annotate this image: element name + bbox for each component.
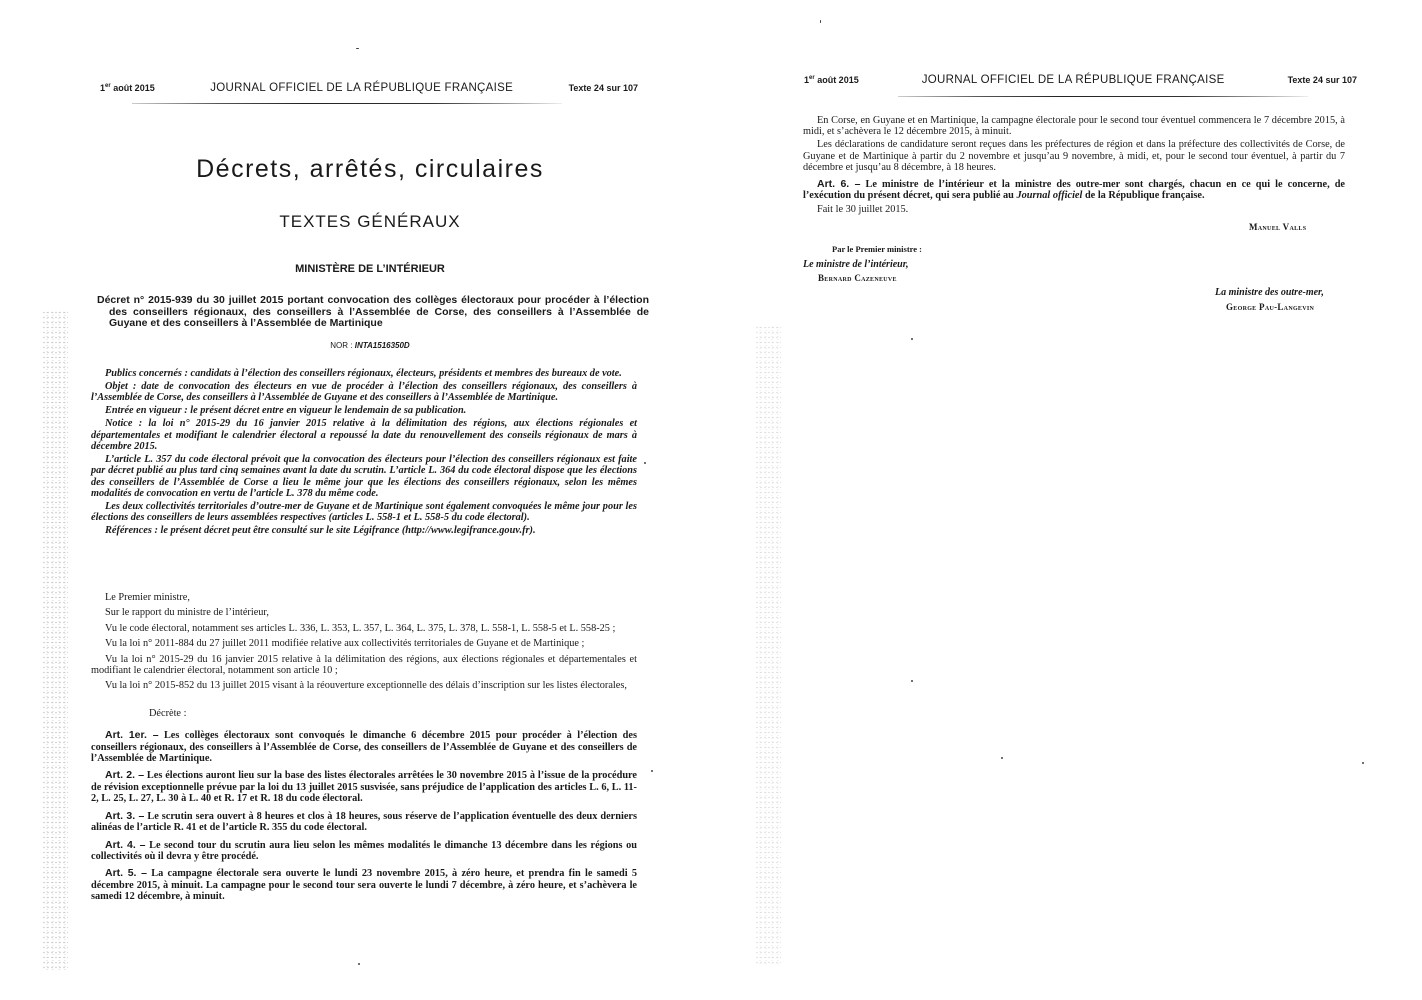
paragraph-candidatures: Les déclarations de candidature seront r…	[803, 139, 1345, 173]
summary-notice-outremer: Les deux collectivités territoriales d’o…	[91, 501, 637, 524]
decree-title: Décret n° 2015-939 du 30 juillet 2015 po…	[97, 295, 649, 330]
header-rule	[132, 103, 562, 104]
preamble-line: Vu le code électoral, notamment ses arti…	[91, 623, 637, 634]
article-5: Art. 5. – La campagne électorale sera ou…	[91, 868, 637, 902]
scan-speck	[820, 20, 821, 23]
overseas-minister-title: La ministre des outre-mer,	[1215, 287, 1324, 298]
text-count: Texte 24 sur 107	[1288, 75, 1357, 85]
scan-speck	[911, 680, 913, 682]
article-4: Art. 4. – Le second tour du scrutin aura…	[91, 840, 637, 863]
preamble-line: Vu la loi n° 2011-884 du 27 juillet 2011…	[91, 638, 637, 649]
running-head: 1er août 2015 JOURNAL OFFICIEL DE LA RÉP…	[804, 74, 1357, 86]
preamble-line: Vu la loi n° 2015-852 du 13 juillet 2015…	[91, 680, 637, 691]
summary-entree-vigueur: Entrée en vigueur : le présent décret en…	[91, 405, 637, 416]
scan-speck	[358, 963, 360, 965]
preamble-line: Le Premier ministre,	[91, 592, 637, 603]
decrete-label: Décrète :	[91, 708, 637, 719]
scan-speck	[1362, 762, 1364, 764]
section-title: Décrets, arrêtés, circulaires	[90, 155, 650, 184]
header-rule	[898, 96, 1308, 97]
running-head: 1er août 2015 JOURNAL OFFICIEL DE LA RÉP…	[100, 82, 638, 94]
left-page: 1er août 2015 JOURNAL OFFICIEL DE LA RÉP…	[0, 0, 711, 1000]
summary-references: Références : le présent décret peut être…	[91, 525, 637, 536]
journal-title: JOURNAL OFFICIEL DE LA RÉPUBLIQUE FRANÇA…	[922, 74, 1225, 86]
done-at: Fait le 30 juillet 2015.	[803, 204, 1345, 215]
issue-date: 1er août 2015	[100, 83, 155, 93]
journal-title: JOURNAL OFFICIEL DE LA RÉPUBLIQUE FRANÇA…	[210, 82, 513, 94]
summary-notice: Notice : la loi n° 2015-29 du 16 janvier…	[91, 418, 637, 452]
article-2: Art. 2. – Les élections auront lieu sur …	[91, 770, 637, 804]
decree-summary: Publics concernés : candidats à l’électi…	[91, 368, 637, 538]
article-6: Art. 6. – Le ministre de l’intérieur et …	[803, 179, 1345, 202]
scan-speck	[651, 770, 653, 772]
issue-date: 1er août 2015	[804, 75, 859, 85]
summary-publics: Publics concernés : candidats à l’électi…	[91, 368, 637, 379]
article-1: Art. 1er. – Les collèges électoraux sont…	[91, 730, 637, 764]
signature-overseas-minister: George Pau-Langevin	[1226, 302, 1314, 312]
paragraph-corse-campaign: En Corse, en Guyane et en Martinique, la…	[803, 115, 1345, 138]
text-count: Texte 24 sur 107	[569, 83, 638, 93]
ministry-heading: MINISTÈRE DE L’INTÉRIEUR	[90, 263, 650, 275]
scan-artifact	[755, 325, 781, 965]
preamble-line: Vu la loi n° 2015-29 du 16 janvier 2015 …	[91, 654, 637, 677]
summary-notice-article: L’article L. 357 du code électoral prévo…	[91, 454, 637, 500]
signature-interior-minister: Bernard Cazeneuve	[818, 273, 897, 283]
scan-speck	[911, 338, 913, 340]
article-3: Art. 3. – Le scrutin sera ouvert à 8 heu…	[91, 811, 637, 834]
scan-speck	[356, 48, 359, 49]
nor-reference: NOR : INTA1516350D	[90, 341, 650, 350]
by-prime-minister: Par le Premier ministre :	[832, 244, 922, 254]
subsection-title: TEXTES GÉNÉRAUX	[90, 212, 650, 232]
interior-minister-title: Le ministre de l’intérieur,	[803, 259, 909, 270]
decree-body: Le Premier ministre, Sur le rapport du m…	[91, 592, 637, 909]
summary-objet: Objet : date de convocation des électeur…	[91, 381, 637, 404]
signature-prime-minister: Manuel Valls	[1249, 222, 1306, 232]
decree-continuation: En Corse, en Guyane et en Martinique, la…	[803, 115, 1345, 220]
preamble-line: Sur le rapport du ministre de l’intérieu…	[91, 607, 637, 618]
scan-speck	[1001, 757, 1003, 759]
scan-speck	[644, 462, 646, 464]
scan-artifact	[42, 310, 68, 970]
